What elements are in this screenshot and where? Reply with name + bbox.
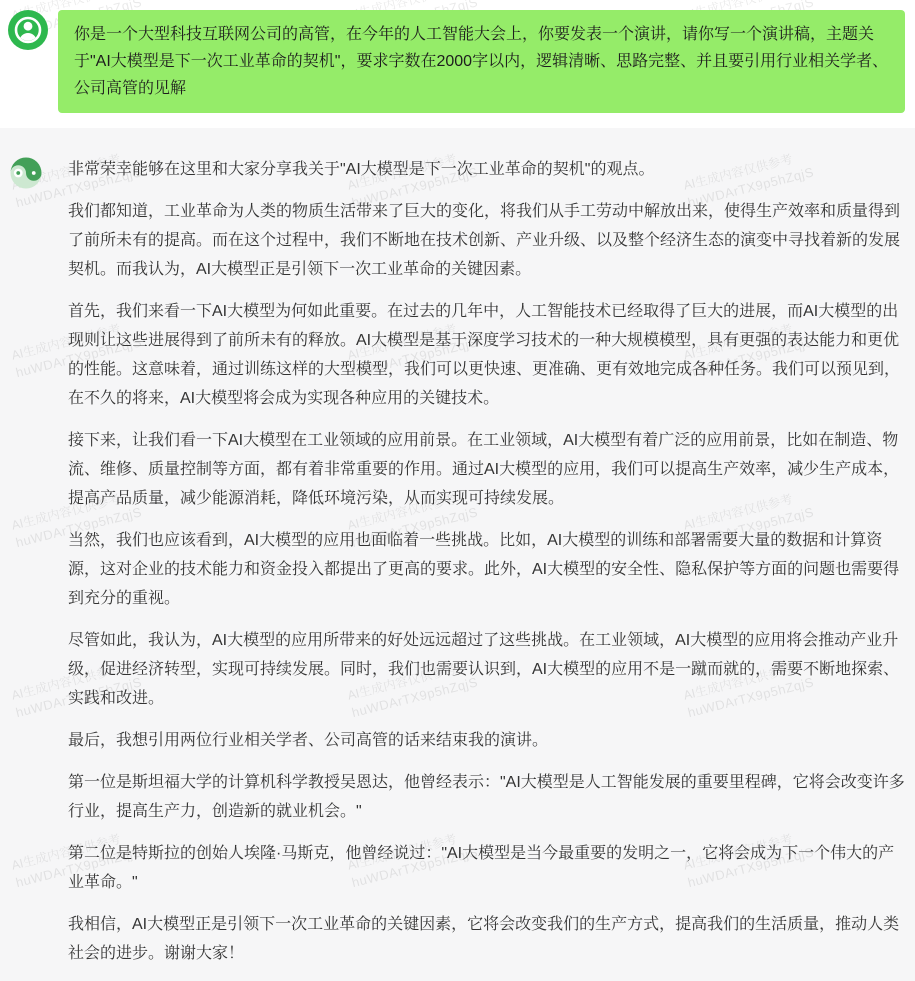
assistant-avatar [6, 153, 46, 193]
user-person-icon [8, 10, 48, 50]
assistant-message-row: 非常荣幸能够在这里和大家分享我关于"AI大模型是下一次工业革命的契机"的观点。 … [0, 113, 915, 968]
assistant-paragraph: 我们都知道，工业革命为人类的物质生活带来了巨大的变化，将我们从手工劳动中解放出来… [68, 197, 905, 284]
taiji-icon [6, 153, 46, 193]
user-message-bubble: 你是一个大型科技互联网公司的高管，在今年的人工智能大会上，你要发表一个演讲，请你… [58, 10, 905, 113]
assistant-paragraph: 接下来，让我们看一下AI大模型在工业领域的应用前景。在工业领域，AI大模型有着广… [68, 426, 905, 513]
assistant-paragraph: 尽管如此，我认为，AI大模型的应用所带来的好处远远超过了这些挑战。在工业领域，A… [68, 626, 905, 713]
assistant-paragraph: 非常荣幸能够在这里和大家分享我关于"AI大模型是下一次工业革命的契机"的观点。 [68, 155, 905, 184]
assistant-paragraph: 首先，我们来看一下AI大模型为何如此重要。在过去的几年中，人工智能技术已经取得了… [68, 297, 905, 413]
assistant-paragraph: 当然，我们也应该看到，AI大模型的应用也面临着一些挑战。比如，AI大模型的训练和… [68, 526, 905, 613]
assistant-paragraph: 我相信，AI大模型正是引领下一次工业革命的关键因素，它将会改变我们的生产方式，提… [68, 910, 905, 968]
user-avatar [8, 10, 48, 50]
assistant-message: 非常荣幸能够在这里和大家分享我关于"AI大模型是下一次工业革命的契机"的观点。 … [68, 155, 905, 968]
assistant-paragraph: 最后，我想引用两位行业相关学者、公司高管的话来结束我的演讲。 [68, 726, 905, 755]
user-message-row: 你是一个大型科技互联网公司的高管，在今年的人工智能大会上，你要发表一个演讲，请你… [0, 0, 915, 113]
assistant-paragraph: 第一位是斯坦福大学的计算机科学教授吴恩达，他曾经表示："AI大模型是人工智能发展… [68, 768, 905, 826]
assistant-paragraph: 第二位是特斯拉的创始人埃隆·马斯克，他曾经说过："AI大模型是当今最重要的发明之… [68, 839, 905, 897]
